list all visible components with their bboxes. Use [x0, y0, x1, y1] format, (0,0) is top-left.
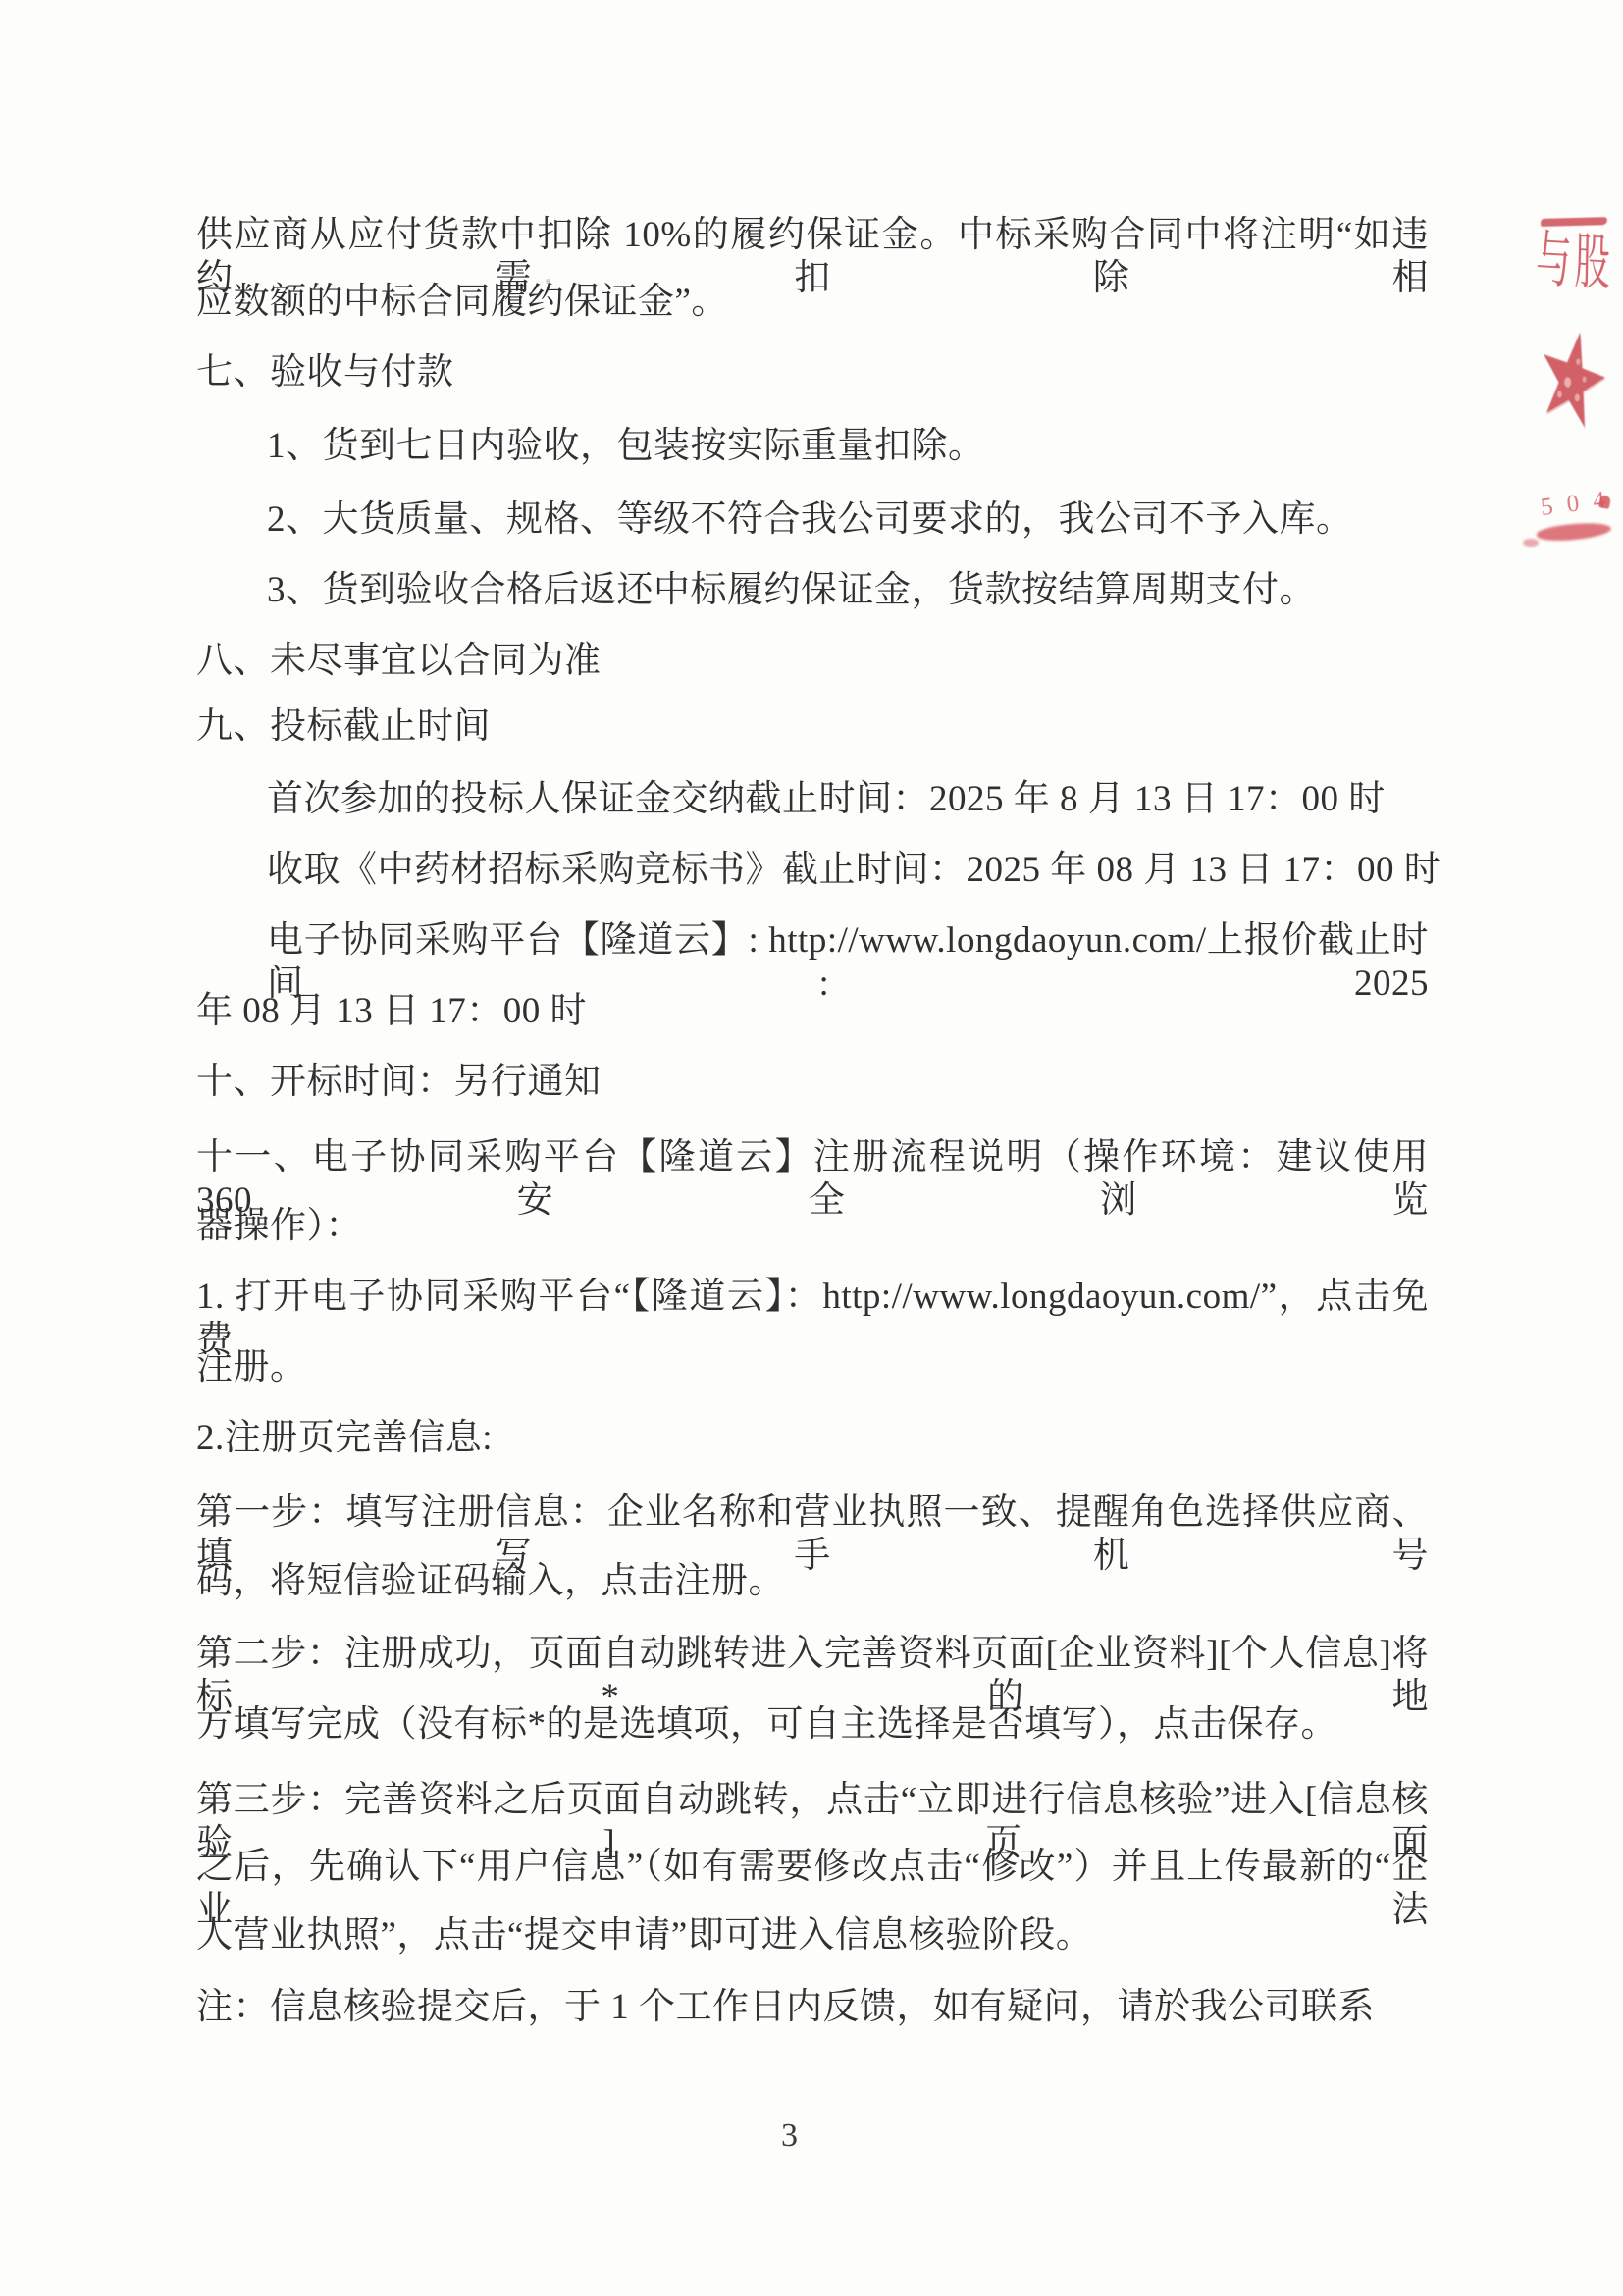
doc-line: 应数额的中标合同履约保证金”。 — [196, 281, 728, 324]
doc-line: 年 08 月 13 日 17：00 时 — [196, 990, 587, 1033]
section-heading-9: 九、投标截止时间 — [196, 705, 491, 749]
doc-line: 人营业执照”，点击“提交申请”即可进入信息核验阶段。 — [196, 1914, 1092, 1957]
doc-line: 供应商从应付货款中扣除 10%的履约保证金。中标采购合同中将注明“如违约需扣除相 — [196, 214, 1429, 257]
stamp-characters: 与股 — [1536, 228, 1614, 297]
doc-line: 之后，先确认下“用户信息”（如有需要修改点击“修改”）并且上传最新的“企业法 — [196, 1846, 1429, 1889]
doc-line: 2.注册页完善信息: — [196, 1417, 493, 1460]
section-heading-10: 十、开标时间：另行通知 — [196, 1061, 602, 1104]
doc-line: 注册。 — [196, 1346, 307, 1389]
doc-line: 第一步：填写注册信息：企业名称和营业执照一致、提醒角色选择供应商、填写手机号 — [196, 1491, 1429, 1535]
page-number: 3 — [781, 2117, 798, 2155]
doc-line: 第三步：完善资料之后页面自动跳转，点击“立即进行信息核验”进入[信息核验]页面 — [196, 1779, 1429, 1822]
doc-line: 器操作）： — [196, 1205, 362, 1248]
section-heading-8: 八、未尽事宜以合同为准 — [196, 640, 602, 683]
document-page: 供应商从应付货款中扣除 10%的履约保证金。中标采购合同中将注明“如违约需扣除相… — [0, 0, 1623, 2296]
doc-line: 首次参加的投标人保证金交纳截止时间：2025 年 8 月 13 日 17：00 … — [267, 778, 1386, 821]
doc-line: 3、货到验收合格后返还中标履约保证金，货款按结算周期支付。 — [267, 569, 1316, 612]
doc-line: 1、货到七日内验收，包装按实际重量扣除。 — [267, 425, 985, 468]
stamp-smudge-small — [1523, 539, 1539, 547]
stamp-bar — [1541, 217, 1607, 227]
doc-line: 码，将短信验证码输入，点击注册。 — [196, 1560, 785, 1603]
doc-line: 方填写完成（没有标*的是选填项，可自主选择是否填写），点击保存。 — [196, 1703, 1337, 1747]
section-heading-11: 十一、电子协同采购平台【隆道云】注册流程说明（操作环境：建议使用 360 安全浏… — [196, 1136, 1429, 1179]
stamp-star-icon — [1539, 328, 1609, 438]
doc-line: 1. 打开电子协同采购平台“【隆道云】：http://www.longdaoyu… — [196, 1276, 1429, 1319]
doc-line: 收取《中药材招标采购竞标书》截止时间：2025 年 08 月 13 日 17：0… — [267, 849, 1440, 892]
stamp-smudge — [1536, 520, 1611, 544]
doc-line: 电子协同采购平台【隆道云】: http://www.longdaoyun.com… — [267, 919, 1429, 963]
scan-artifact-dot — [546, 279, 550, 284]
section-heading-7: 七、验收与付款 — [196, 351, 454, 394]
doc-line: 注：信息核验提交后，于 1 个工作日内反馈，如有疑问，请於我公司联系 — [196, 1986, 1375, 2029]
doc-line: 2、大货质量、规格、等级不符合我公司要求的，我公司不予入库。 — [267, 498, 1353, 542]
doc-line: 第二步：注册成功，页面自动跳转进入完善资料页面[企业资料][个人信息]将标*的地 — [196, 1633, 1429, 1676]
